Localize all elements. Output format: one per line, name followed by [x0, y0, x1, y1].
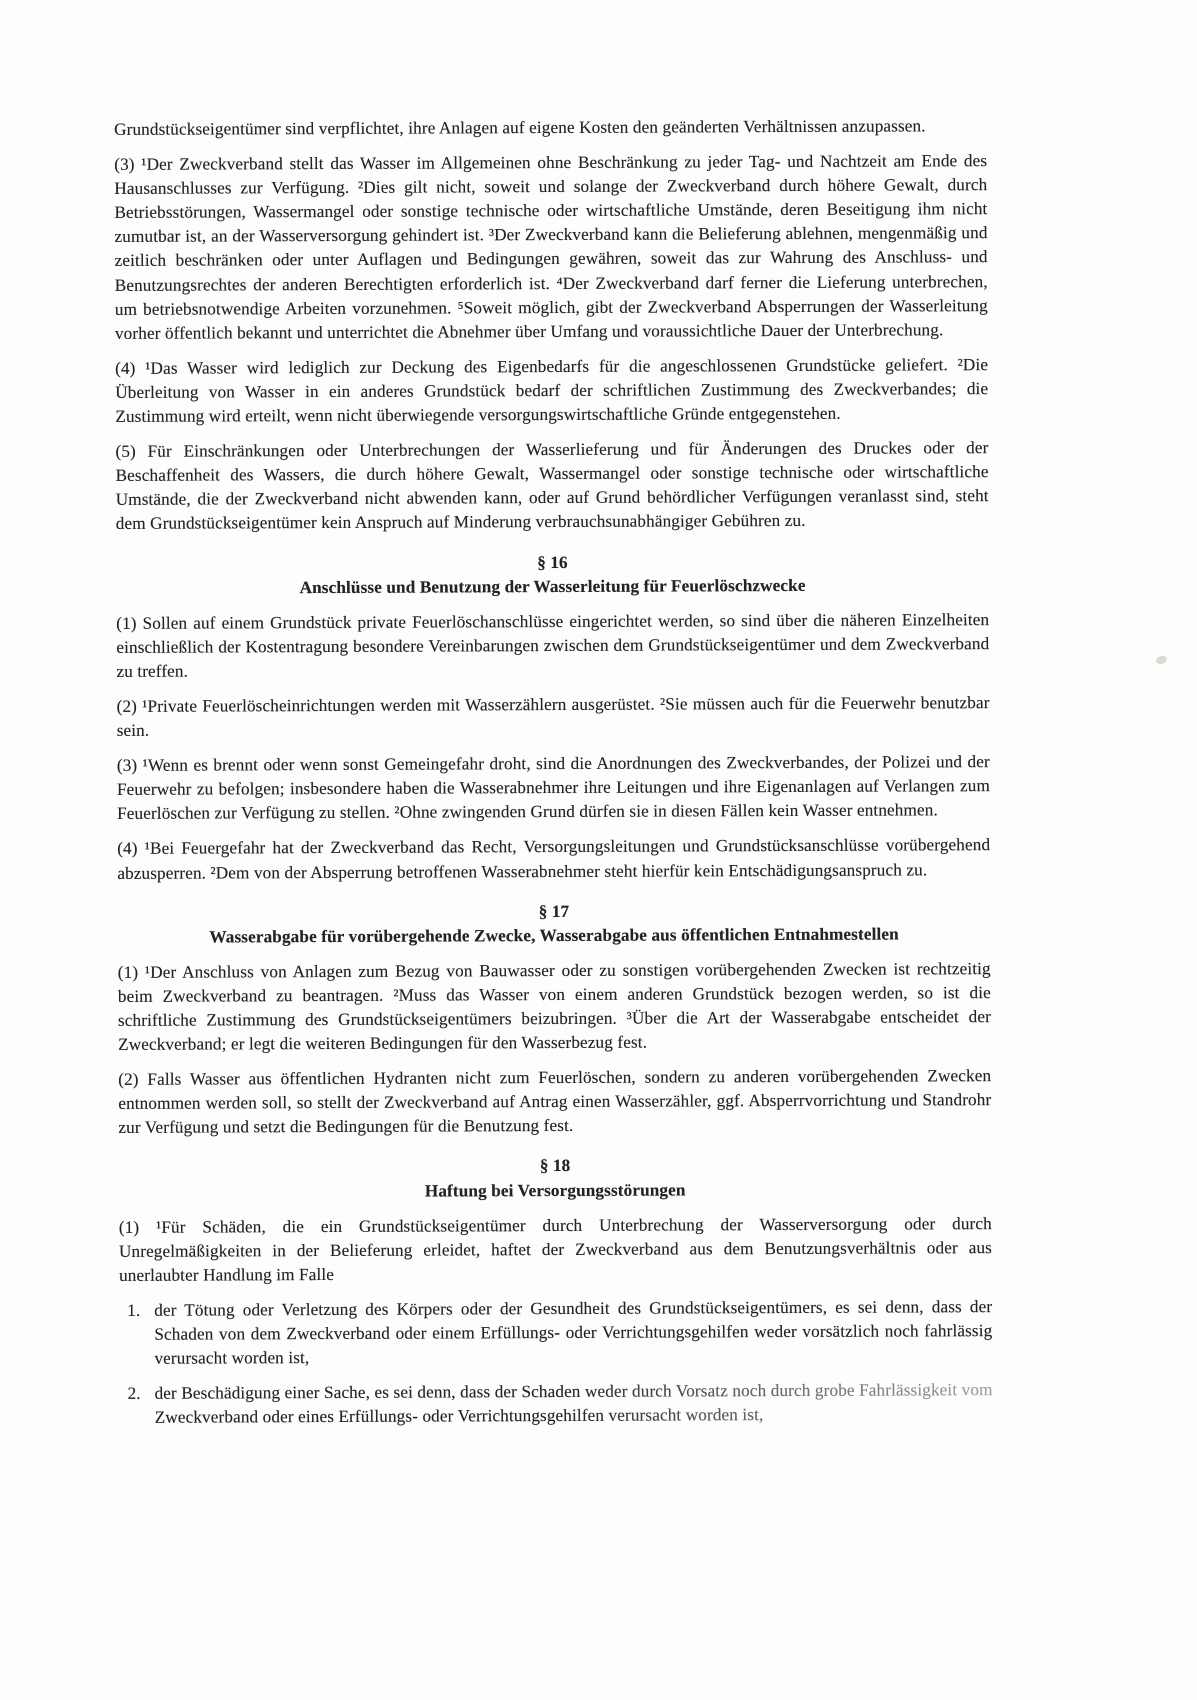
paragraph-16-4: (4) ¹Bei Feuergefahr hat der Zweckverban…	[117, 834, 990, 886]
section-title-16: Anschlüsse und Benutzung der Wasserleitu…	[116, 573, 989, 601]
list-item-2: 2. der Beschädigung einer Sache, es sei …	[128, 1378, 993, 1430]
paragraph-17-2: (2) Falls Wasser aus öffentlichen Hydran…	[118, 1064, 991, 1140]
list-item-2-number: 2.	[128, 1382, 155, 1430]
section-title-18: Haftung bei Versorgungsstörungen	[119, 1177, 992, 1205]
paragraph-4: (4) ¹Das Wasser wird lediglich zur Decku…	[115, 353, 988, 429]
section-heading-17: § 17 Wasserabgabe für vorübergehende Zwe…	[117, 898, 990, 950]
numbered-list: 1. der Tötung oder Verletzung des Körper…	[127, 1295, 993, 1430]
list-item-1-text: der Tötung oder Verletzung des Körpers o…	[154, 1295, 992, 1371]
section-heading-18: § 18 Haftung bei Versorgungsstörungen	[119, 1153, 992, 1205]
scan-artifact	[1155, 654, 1168, 665]
paragraph-5: (5) Für Einschränkungen oder Unterbrechu…	[115, 436, 988, 536]
paragraph-18-1: (1) ¹Für Schäden, die ein Grundstückseig…	[119, 1212, 992, 1288]
list-item-2-text: der Beschädigung einer Sache, es sei den…	[155, 1378, 993, 1430]
scanned-document-page: Grundstückseigentümer sind verpflichtet,…	[0, 0, 1197, 1700]
paragraph-16-3: (3) ¹Wenn es brennt oder wenn sonst Geme…	[117, 750, 990, 826]
paragraph-17-1: (1) ¹Der Anschluss von Anlagen zum Bezug…	[118, 957, 991, 1057]
document-body: Grundstückseigentümer sind verpflichtet,…	[114, 114, 993, 1441]
paragraph-continuation: Grundstückseigentümer sind verpflichtet,…	[114, 114, 987, 142]
list-item-1-number: 1.	[127, 1299, 154, 1371]
section-heading-16: § 16 Anschlüsse und Benutzung der Wasser…	[116, 549, 989, 601]
paragraph-16-2: (2) ¹Private Feuerlöscheinrichtungen wer…	[117, 691, 990, 743]
paragraph-3: (3) ¹Der Zweckverband stellt das Wasser …	[114, 149, 988, 346]
paragraph-16-1: (1) Sollen auf einem Grundstück private …	[116, 608, 989, 684]
list-item-1: 1. der Tötung oder Verletzung des Körper…	[127, 1295, 992, 1371]
section-title-17: Wasserabgabe für vorübergehende Zwecke, …	[118, 922, 991, 950]
